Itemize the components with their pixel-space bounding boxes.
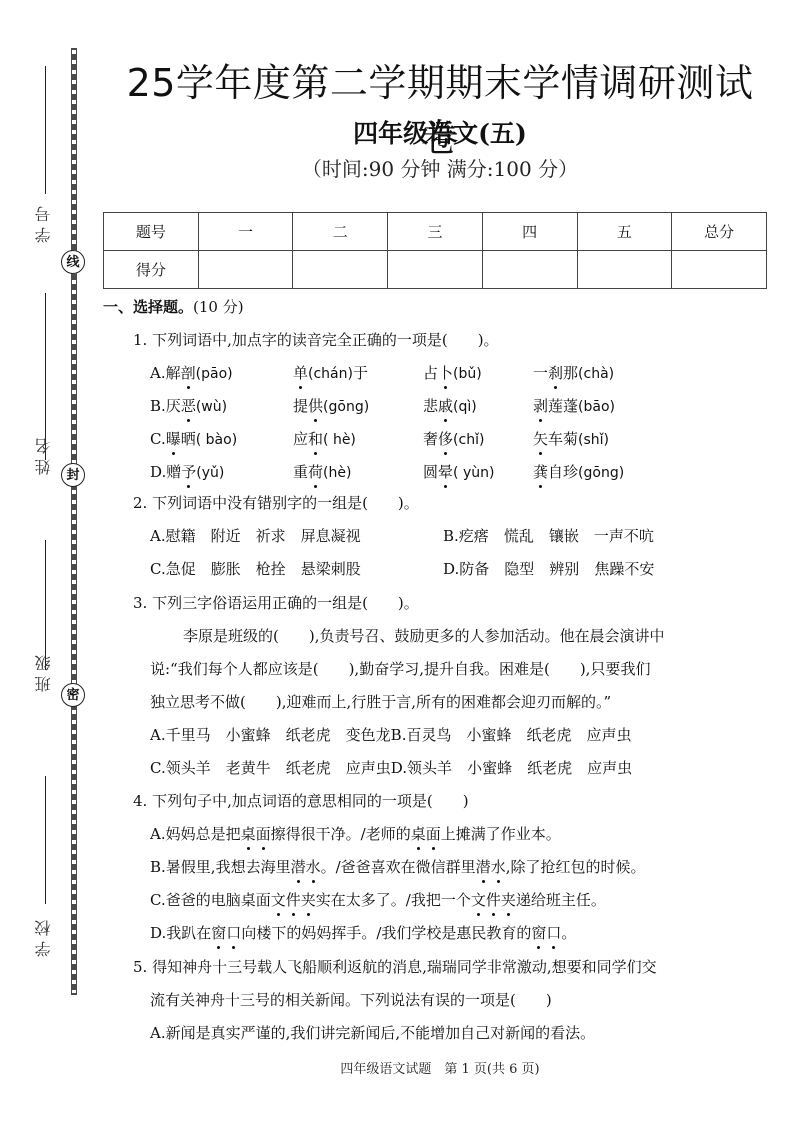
text-run: 递给班主任。 xyxy=(516,891,606,909)
option-label: C. xyxy=(150,891,166,909)
seal-seal: 封 xyxy=(61,463,85,487)
option-label: D. xyxy=(150,463,166,481)
word: 领头羊 xyxy=(166,759,211,777)
question-3-option-c: C.领头羊 老黄牛 纸老虎 应声虫D.领头羊 小蜜蜂 纸老虎 应声虫 xyxy=(150,757,632,778)
text-run: 爸爸的电脑桌面 xyxy=(166,891,271,909)
word: 变色龙 xyxy=(346,726,391,744)
option-label: A. xyxy=(150,527,166,545)
word: 领头羊 xyxy=(407,759,452,777)
question-1-option-b-word: 悲戚(qì) xyxy=(423,395,477,416)
option-label: A. xyxy=(150,825,166,843)
word: 小蜜蜂 xyxy=(466,726,511,744)
word: 老黄牛 xyxy=(226,759,271,777)
word: 膨胀 xyxy=(211,560,241,578)
pinyin: (yǔ) xyxy=(196,465,224,481)
word: 屏息凝视 xyxy=(301,527,361,545)
text-run: 向楼下的妈妈挥手。/我们学校是惠民教育的 xyxy=(241,924,531,942)
word: 隐型 xyxy=(504,560,534,578)
option-label: A. xyxy=(150,726,166,744)
question-3-stem: 3. 下列三字俗语运用正确的一组是( )。 xyxy=(133,592,419,613)
dotted-character: 剥 xyxy=(533,395,548,416)
word: 小蜜蜂 xyxy=(467,759,512,777)
word: 应声虫 xyxy=(587,726,632,744)
text-run: 我趴在 xyxy=(166,924,211,942)
header-cell: 二 xyxy=(293,213,388,251)
dotted-character: 潜 xyxy=(291,856,306,877)
text-run: ,除了抢红包的时候。 xyxy=(506,858,646,876)
word: 悬梁刺股 xyxy=(301,560,361,578)
pinyin: ( yùn) xyxy=(453,465,494,481)
dotted-character: 面 xyxy=(426,823,441,844)
question-2-option-c: C.急促 膨胀 枪拴 悬梁刺股 xyxy=(150,558,361,579)
question-1-option-d-word: 圆晕( yùn) xyxy=(423,461,494,482)
dotted-character: 卜 xyxy=(438,362,453,383)
question-5-stem-line2: 流有关神舟十三号的相关新闻。下列说法有误的一项是( ) xyxy=(150,989,552,1010)
dotted-character: 窗 xyxy=(211,922,226,943)
header-cell: 一 xyxy=(198,213,293,251)
question-1-option-a-word: 单(chán)于 xyxy=(293,362,368,383)
pinyin: (chán) xyxy=(308,366,353,382)
option-label: A. xyxy=(150,1024,166,1042)
question-2-option-a: A.慰籍 附近 祈求 屏息凝视 xyxy=(150,525,361,546)
question-1-option-a-word: 一刹那(chà) xyxy=(533,362,614,383)
dotted-character: 水 xyxy=(491,856,506,877)
question-2-option-b: B.疙瘩 慌乱 镶嵌 一声不吭 xyxy=(443,525,654,546)
header-cell: 总分 xyxy=(672,213,767,251)
question-1-option-d-word: 龚自珍(gōng) xyxy=(533,461,624,482)
name-blank-line xyxy=(45,293,46,460)
question-1-option-a-word: A.解剖(pāo) xyxy=(150,362,233,383)
score-cell[interactable] xyxy=(198,251,293,289)
word: 疙瘩 xyxy=(459,527,489,545)
question-3-passage-line: 说:“我们每个人都应该是( ),勤奋学习,提升自我。困难是( ),只要我们 xyxy=(150,658,650,679)
time-score-info: （时间:90 分钟 满分:100 分） xyxy=(110,153,770,182)
dotted-character: 供 xyxy=(308,395,323,416)
option-label: A. xyxy=(150,364,166,382)
dotted-character: 予 xyxy=(181,461,196,482)
option-label: C. xyxy=(150,430,166,448)
option-label: D. xyxy=(443,560,459,578)
name-label: 姓 名 xyxy=(32,438,55,475)
text-run: 妈妈总是把 xyxy=(166,825,241,843)
word: 辨别 xyxy=(549,560,579,578)
dotted-character: 晕 xyxy=(438,461,453,482)
option-label: C. xyxy=(150,560,166,578)
word: 百灵鸟 xyxy=(406,726,451,744)
question-1-stem: 1. 下列词语中,加点字的读音完全正确的一项是( )。 xyxy=(133,329,499,350)
dotted-character: 恶 xyxy=(181,395,196,416)
score-cell[interactable] xyxy=(577,251,672,289)
question-3-passage-line: 独立思考不做( ),迎难而上,行胜于言,所有的困难都会迎刃而解的。” xyxy=(150,691,611,712)
score-cell[interactable] xyxy=(388,251,483,289)
question-1-option-b-word: 剥莲蓬(bāo) xyxy=(533,395,615,416)
student-id-label: 学 号 xyxy=(32,206,55,243)
question-3-passage-line: 李原是班级的( ),负责号召、鼓励更多的人参加活动。他在晨会演讲中 xyxy=(183,625,664,646)
dotted-character: 夹 xyxy=(301,889,316,910)
dotted-character: 水 xyxy=(306,856,321,877)
option-text: 新闻是真实严谨的,我们讲完新闻后,不能增加自己对新闻的看法。 xyxy=(166,1024,596,1042)
pinyin: (bǔ) xyxy=(453,366,482,382)
pinyin: (pāo) xyxy=(196,366,233,382)
dotted-character: 桌 xyxy=(411,823,426,844)
score-table-score-row: 得分 xyxy=(104,251,767,289)
question-4-stem: 4. 下列句子中,加点词语的意思相同的一项是( ) xyxy=(133,790,469,811)
binding-holes xyxy=(72,50,76,993)
pinyin: ( hè) xyxy=(323,432,356,448)
option-label: D. xyxy=(150,924,166,942)
dotted-character: 曝 xyxy=(166,428,181,449)
question-1-option-d-word: D.赠予(yǔ) xyxy=(150,461,224,482)
word: 小蜜蜂 xyxy=(226,726,271,744)
dotted-character: 和 xyxy=(308,428,323,449)
score-cell[interactable] xyxy=(672,251,767,289)
dotted-character: 桌 xyxy=(241,823,256,844)
option-label: C. xyxy=(150,759,166,777)
pinyin: (gōng) xyxy=(323,399,369,415)
dotted-character: 文 xyxy=(271,889,286,910)
pinyin: (qì) xyxy=(453,399,477,415)
question-1-option-b-word: 提供(gōng) xyxy=(293,395,369,416)
header-cell: 题号 xyxy=(104,213,199,251)
school-label: 学 校 xyxy=(32,920,55,957)
pinyin: (wù) xyxy=(196,399,227,415)
text-run: 上摊满了作业本。 xyxy=(441,825,561,843)
word: 镶嵌 xyxy=(549,527,579,545)
pinyin: ( bào) xyxy=(196,432,237,448)
section-heading: 一、选择题。(10 分) xyxy=(103,296,244,317)
pinyin: (bāo) xyxy=(578,399,615,415)
dotted-character: 侈 xyxy=(438,428,453,449)
name-line xyxy=(45,540,46,670)
text-run: 暑假里,我想去海里 xyxy=(166,858,291,876)
word: 急促 xyxy=(166,560,196,578)
word: 应声虫 xyxy=(346,759,391,777)
word: 慰籍 xyxy=(166,527,196,545)
word: 防备 xyxy=(459,560,489,578)
header-cell: 五 xyxy=(577,213,672,251)
dotted-character: 刹 xyxy=(548,362,563,383)
dotted-character: 文 xyxy=(471,889,486,910)
page-footer: 四年级语文试题 第 1 页(共 6 页) xyxy=(280,1058,600,1077)
dotted-character: 窗 xyxy=(531,922,546,943)
class-line xyxy=(45,776,46,904)
score-table-header-row: 题号 一 二 三 四 五 总分 xyxy=(104,213,767,251)
question-2-option-d: D.防备 隐型 辨别 焦躁不安 xyxy=(443,558,654,579)
option-label: B. xyxy=(443,527,459,545)
question-1-option-a-word: 占卜(bǔ) xyxy=(423,362,482,383)
option-label: B. xyxy=(150,397,166,415)
text-run: 实在太多了。/我把一个 xyxy=(316,891,471,909)
word: 一声不吭 xyxy=(594,527,654,545)
option-label: B. xyxy=(391,726,407,744)
student-id-line xyxy=(45,66,46,194)
word: 焦躁不安 xyxy=(594,560,654,578)
dotted-character: 剖 xyxy=(181,362,196,383)
word: 纸老虎 xyxy=(286,759,331,777)
score-table: 题号 一 二 三 四 五 总分 得分 xyxy=(103,212,767,289)
word: 纸老虎 xyxy=(527,759,572,777)
class-label: 班 级 xyxy=(32,655,55,692)
word: 千里马 xyxy=(166,726,211,744)
exam-subtitle: 四年级语文(五) xyxy=(110,114,770,150)
question-1-option-c-word: 矢车菊(shǐ) xyxy=(533,428,609,449)
dotted-character: 件 xyxy=(286,889,301,910)
question-4-option-d: D.我趴在窗口向楼下的妈妈挥手。/我们学校是惠民教育的窗口。 xyxy=(150,922,576,943)
dotted-character: 戚 xyxy=(438,395,453,416)
header-cell: 四 xyxy=(482,213,577,251)
option-label: D. xyxy=(391,759,407,777)
section-points: (10 分) xyxy=(193,298,244,316)
word: 应声虫 xyxy=(587,759,632,777)
pinyin: (gōng) xyxy=(578,465,624,481)
seal-line: 线 xyxy=(61,250,85,274)
dotted-character: 矢 xyxy=(533,428,548,449)
text-run: 擦得很干净。/老师的 xyxy=(271,825,411,843)
score-cell[interactable] xyxy=(293,251,388,289)
word: 慌乱 xyxy=(504,527,534,545)
dotted-character: 荷 xyxy=(308,461,323,482)
text-run: 。/爸爸喜欢在微信群里 xyxy=(321,858,476,876)
dotted-character: 件 xyxy=(486,889,501,910)
pinyin: (chà) xyxy=(578,366,614,382)
header-cell: 三 xyxy=(388,213,483,251)
question-5-stem-line1: 5. 得知神舟十三号载人飞船顺利返航的消息,瑞瑞同学非常激动,想要和同学们交 xyxy=(133,956,657,977)
dotted-character: 面 xyxy=(256,823,271,844)
word: 附近 xyxy=(211,527,241,545)
word: 纸老虎 xyxy=(286,726,331,744)
question-4-option-b: B.暑假里,我想去海里潜水。/爸爸喜欢在微信群里潜水,除了抢红包的时候。 xyxy=(150,856,645,877)
question-1-option-d-word: 重荷(hè) xyxy=(293,461,351,482)
text-run: 。 xyxy=(561,924,576,942)
pinyin: (hè) xyxy=(323,465,351,481)
question-1-option-c-word: C.曝晒( bào) xyxy=(150,428,237,449)
question-4-option-a: A.妈妈总是把桌面擦得很干净。/老师的桌面上摊满了作业本。 xyxy=(150,823,561,844)
pinyin: (shǐ) xyxy=(578,432,609,448)
question-4-option-c: C.爸爸的电脑桌面文件夹实在太多了。/我把一个文件夹递给班主任。 xyxy=(150,889,606,910)
dotted-character: 口 xyxy=(546,922,561,943)
question-1-option-c-word: 应和( hè) xyxy=(293,428,356,449)
question-1-option-c-word: 奢侈(chǐ) xyxy=(423,428,484,449)
word: 纸老虎 xyxy=(527,726,572,744)
dotted-character: 龚 xyxy=(533,461,548,482)
question-5-option-a: A.新闻是真实严谨的,我们讲完新闻后,不能增加自己对新闻的看法。 xyxy=(150,1022,595,1043)
question-1-option-b-word: B.厌恶(wù) xyxy=(150,395,227,416)
seal-secret: 密 xyxy=(61,683,85,707)
section-title: 一、选择题。 xyxy=(103,298,193,316)
word: 祈求 xyxy=(256,527,286,545)
question-2-stem: 2. 下列词语中没有错别字的一组是( )。 xyxy=(133,492,419,513)
option-label: B. xyxy=(150,858,166,876)
score-row-label: 得分 xyxy=(104,251,199,289)
word: 枪拴 xyxy=(256,560,286,578)
score-cell[interactable] xyxy=(482,251,577,289)
question-3-option-a: A.千里马 小蜜蜂 纸老虎 变色龙B.百灵鸟 小蜜蜂 纸老虎 应声虫 xyxy=(150,724,632,745)
dotted-character: 潜 xyxy=(476,856,491,877)
pinyin: (chǐ) xyxy=(453,432,484,448)
dotted-character: 单 xyxy=(293,362,308,383)
dotted-character: 口 xyxy=(226,922,241,943)
dotted-character: 夹 xyxy=(501,889,516,910)
